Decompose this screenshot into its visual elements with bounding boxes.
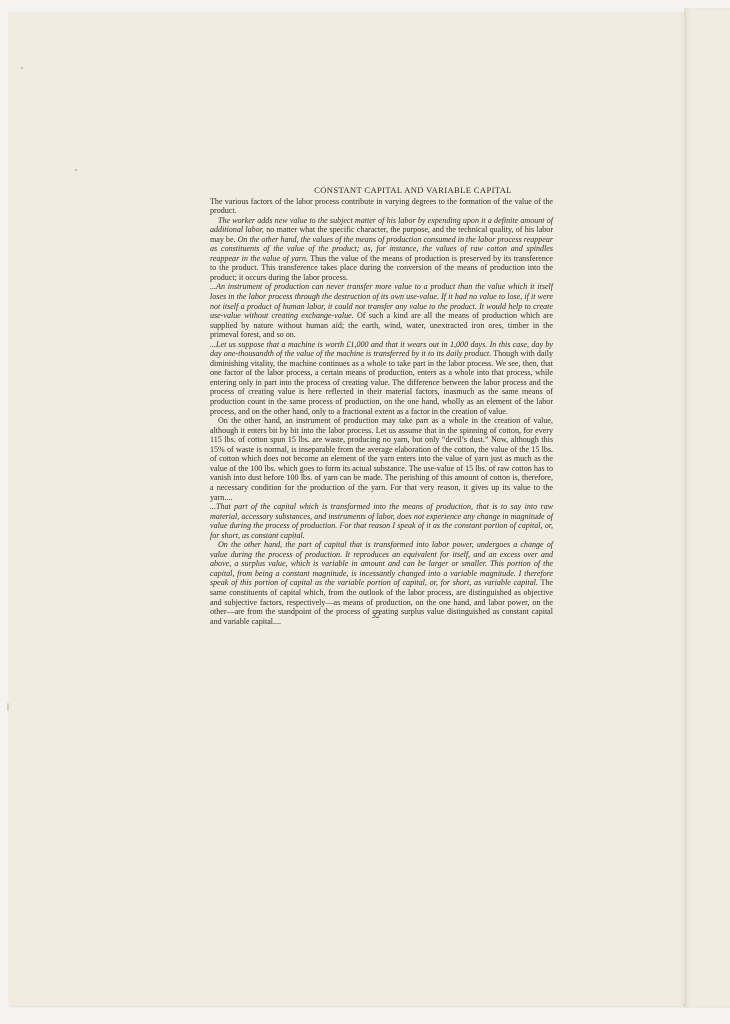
paper-speck [75, 169, 77, 171]
paragraph: The various factors of the labor process… [210, 197, 553, 216]
paragraph: ...Let us suppose that a machine is wort… [210, 340, 553, 416]
page-title: CONSTANT CAPITAL AND VARIABLE CAPITAL [273, 186, 553, 196]
paragraph: ...That part of the capital which is tra… [210, 502, 553, 540]
page-number: 32 [372, 611, 380, 620]
body-paragraphs: The various factors of the labor process… [210, 197, 553, 627]
paragraph: ...An instrument of production can never… [210, 282, 553, 339]
paragraph: The worker adds new value to the subject… [210, 216, 553, 283]
text-block: CONSTANT CAPITAL AND VARIABLE CAPITAL Th… [210, 186, 553, 626]
paper-mark [7, 703, 9, 711]
body-text: Though with daily diminishing vitality, … [210, 349, 553, 415]
back-page-edge [684, 8, 730, 1008]
body-text: On the other hand, an instrument of prod… [210, 416, 553, 501]
paragraph: On the other hand, an instrument of prod… [210, 416, 553, 502]
paper-speck [21, 67, 23, 69]
paragraph: On the other hand, the part of capital t… [210, 540, 553, 626]
italic-quote-text: On the other hand, the part of capital t… [210, 540, 553, 587]
body-text: The various factors of the labor process… [210, 197, 553, 216]
italic-quote-text: ...That part of the capital which is tra… [210, 502, 553, 540]
